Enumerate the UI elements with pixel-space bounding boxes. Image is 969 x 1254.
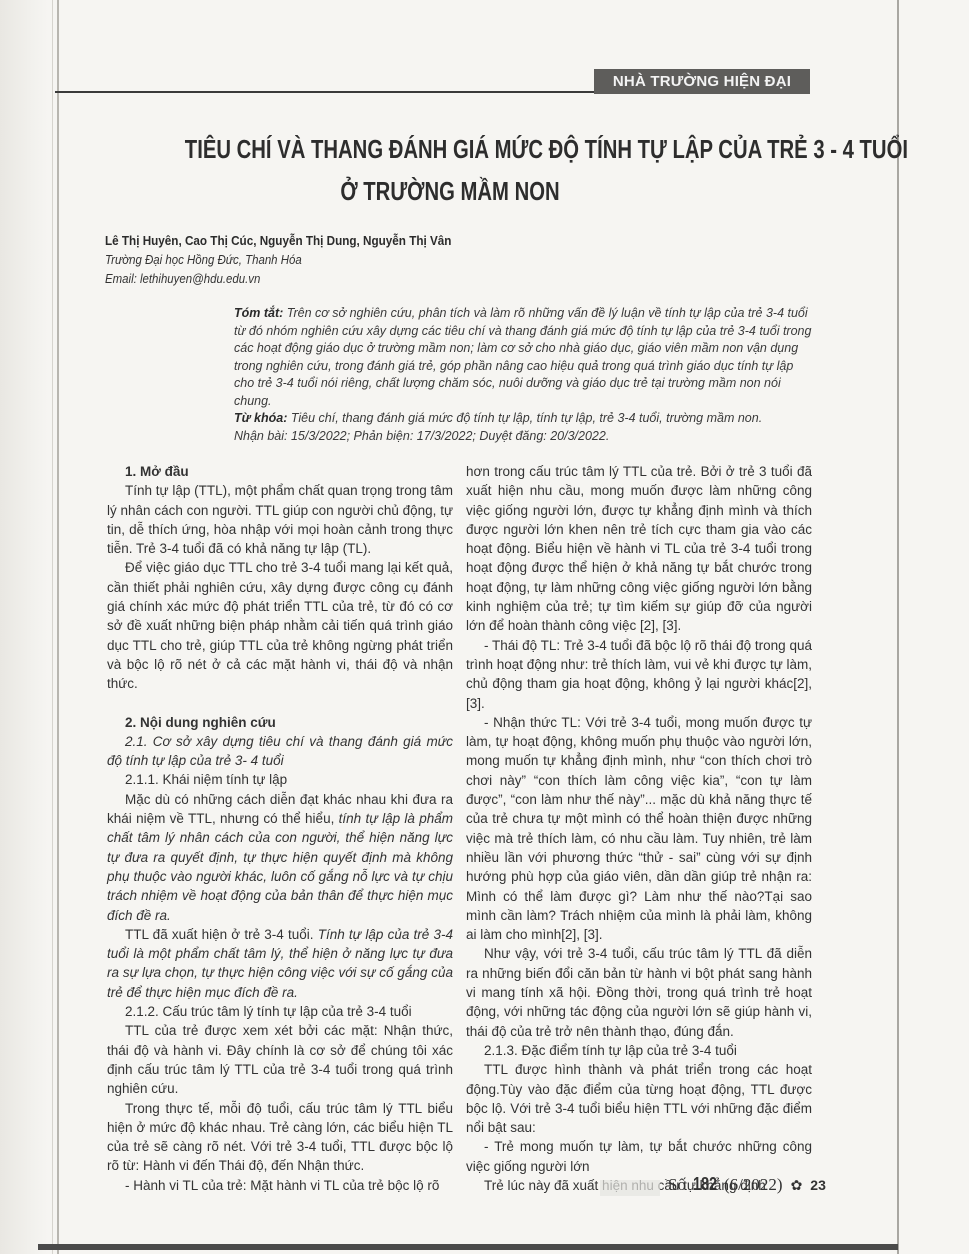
keywords-paragraph: Từ khóa: Tiêu chí, thang đánh giá mức độ… [234,410,814,428]
body-paragraph: Như vậy, với trẻ 3-4 tuổi, cấu trúc tâm … [466,944,812,1040]
section-tag: NHÀ TRƯỜNG HIỆN ĐẠI [594,69,810,94]
body-paragraph: - Nhận thức TL: Với trẻ 3-4 tuổi, mong m… [466,713,812,945]
abstract-paragraph: Tóm tắt: Trên cơ sở nghiên cứu, phân tíc… [234,305,814,410]
footer-smudge [600,1180,660,1196]
body-column-right: hơn trong cấu trúc tâm lý TTL của trẻ. B… [466,462,812,1195]
author-affiliation: Trường Đại học Hồng Đức, Thanh Hóa [105,252,302,267]
body-paragraph: Mặc dù có những cách diễn đạt khác nhau … [107,790,453,925]
section-heading-intro: 1. Mở đầu [107,462,453,481]
page-number: 23 [810,1177,826,1193]
body-paragraph: - Trẻ mong muốn tự làm, tự bắt chước nhữ… [466,1137,812,1176]
body-paragraph: TTL được hình thành và phát triển trong … [466,1060,812,1137]
scan-edge-shadow [0,0,48,1254]
body-paragraph: Để việc giáo dục TTL cho trẻ 3-4 tuổi ma… [107,558,453,693]
body-paragraph: Trong thực tế, mỗi độ tuổi, cấu trúc tâm… [107,1099,453,1176]
body-paragraph: hơn trong cấu trúc tâm lý TTL của trẻ. B… [466,462,812,636]
definition-italic: tính tự lập là phẩm chất tâm lý nhân các… [107,811,453,922]
subsection-heading-2-1-1: 2.1.1. Khái niệm tính tự lập [107,770,453,789]
body-column-left: 1. Mở đầu Tính tự lập (TTL), một phẩm ch… [107,462,453,1195]
article-dates: Nhận bài: 15/3/2022; Phản biện: 17/3/202… [234,428,814,446]
keywords-label: Từ khóa: [234,411,287,425]
flower-icon: ✿ [791,1178,803,1195]
body-paragraph: - Hành vi TL của trẻ: Mặt hành vi TL của… [107,1176,453,1195]
title-line-1: TIÊU CHÍ VÀ THANG ĐÁNH GIÁ MỨC ĐỘ TÍNH T… [185,128,715,170]
text-run: TTL đã xuất hiện ở trẻ 3-4 tuổi. [125,927,318,942]
abstract-text: Trên cơ sở nghiên cứu, phân tích và làm … [234,306,811,408]
page-bottom-border [38,1244,898,1250]
abstract-block: Tóm tắt: Trên cơ sở nghiên cứu, phân tíc… [234,305,814,445]
body-paragraph: TTL của trẻ được xem xét bởi các mặt: Nh… [107,1021,453,1098]
article-title: TIÊU CHÍ VÀ THANG ĐÁNH GIÁ MỨC ĐỘ TÍNH T… [185,128,715,212]
header-rule [55,91,630,93]
abstract-label: Tóm tắt: [234,306,283,320]
body-paragraph: TTL đã xuất hiện ở trẻ 3-4 tuổi. Tính tự… [107,925,453,1002]
page-footer: Số 182 (6/2022) ✿ 23 [668,1174,826,1195]
subsection-heading-2-1: 2.1. Cơ sở xây dựng tiêu chí và thang đá… [107,732,453,771]
issue-date: (6/2022) [724,1175,783,1195]
page-right-border [897,0,899,1254]
page-left-border-outer [52,0,53,1254]
body-paragraph: - Thái độ TL: Trẻ 3-4 tuổi đã bộc lộ rõ … [466,636,812,713]
issue-number: 182 [693,1174,717,1195]
subsection-heading-2-1-3: 2.1.3. Đặc điểm tính tự lập của trẻ 3-4 … [466,1041,812,1060]
title-line-2: Ở TRƯỜNG MẦM NON [185,170,715,212]
author-email: Email: lethihuyen@hdu.edu.vn [105,271,260,286]
section-heading-content: 2. Nội dung nghiên cứu [107,713,453,732]
article-authors: Lê Thị Huyên, Cao Thị Cúc, Nguyễn Thị Du… [105,233,451,248]
keywords-text: Tiêu chí, thang đánh giá mức độ tính tự … [287,411,762,425]
subsection-heading-2-1-2: 2.1.2. Cấu trúc tâm lý tính tự lập của t… [107,1002,453,1021]
page-left-border [57,0,59,1254]
issue-prefix: Số [668,1175,686,1195]
body-paragraph: Tính tự lập (TTL), một phẩm chất quan tr… [107,481,453,558]
